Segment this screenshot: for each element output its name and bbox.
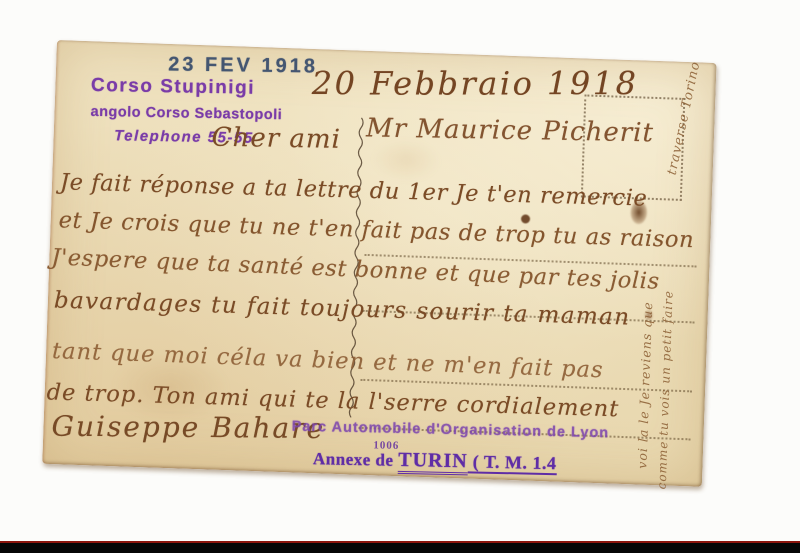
- military-stamp-annexe-line: Annexe de TURIN ( T. M. 1.4: [313, 447, 557, 475]
- scanner-edge-strip: [0, 541, 800, 553]
- military-unit-stamp: Parc Automobile d'Organisation de Lyon 1…: [291, 419, 609, 442]
- body-line: et Je crois que tu ne t'en fait pas de t…: [58, 207, 694, 253]
- address-stamp-line-1: Corso Stupinigi: [91, 75, 283, 100]
- addressee-name: Mr Maurice Picherit: [366, 113, 654, 148]
- annexe-suffix: ( T. M. 1.4: [467, 451, 556, 475]
- margin-note-vertical-inner: voi la le Je reviens que: [634, 301, 655, 469]
- signature: Guiseppe Bahare: [51, 410, 325, 445]
- scan-background: 23 FEV 1918 Corso Stupinigi angolo Corso…: [0, 0, 800, 553]
- address-stamp-line-2: angolo Corso Sebastopoli: [90, 104, 282, 123]
- salutation: Cher ami: [211, 123, 341, 155]
- annexe-city: TURIN: [398, 449, 468, 475]
- body-line: bavardages tu fait toujours sourir ta ma…: [54, 288, 631, 331]
- arrival-date-stamp: 23 FEV 1918: [168, 53, 318, 78]
- postcard-back: 23 FEV 1918 Corso Stupinigi angolo Corso…: [42, 40, 716, 487]
- handwritten-date: 20 Febbraio 1918: [312, 65, 639, 103]
- annexe-prefix: Annexe de: [313, 449, 399, 470]
- military-stamp-line-1: Parc Automobile d'Organisation de Lyon: [291, 419, 609, 442]
